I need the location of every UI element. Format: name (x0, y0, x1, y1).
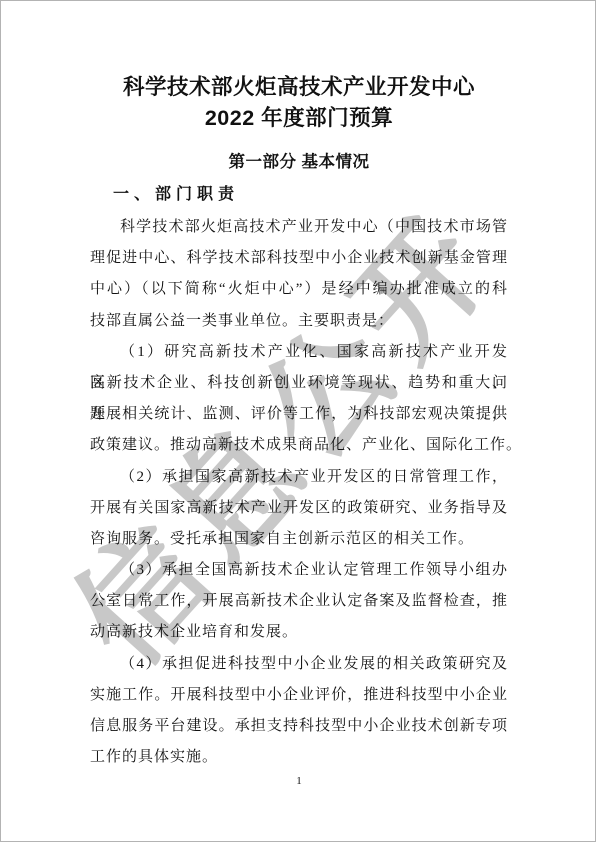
body-line: 工作的具体实施。 (90, 742, 508, 773)
paragraph-duty-1: （1）研究高新技术产业化、国家高新技术产业开发区、 高新技术企业、科技创新创业环… (90, 337, 508, 462)
body-line: 理促进中心、科学技术部科技型中小企业技术创新基金管理 (90, 243, 508, 274)
body-line: 政策建议。推动高新技术成果商品化、产业化、国际化工作。 (90, 430, 508, 461)
body-line: 开展有关国家高新技术产业开发区的政策研究、业务指导及 (90, 493, 508, 524)
paragraph-duty-4: （4）承担促进科技型中小企业发展的相关政策研究及 实施工作。开展科技型中小企业评… (90, 649, 508, 774)
body-line: 动高新技术企业培育和发展。 (90, 617, 508, 648)
paragraph-intro: 科学技术部火炬高技术产业开发中心（中国技术市场管 理促进中心、科学技术部科技型中… (90, 212, 508, 337)
body-line: 实施工作。开展科技型中小企业评价，推进科技型中小企业 (90, 680, 508, 711)
document-title-line2: 2022 年度部门预算 (90, 103, 508, 133)
document-title-line1: 科学技术部火炬高技术产业开发中心 (90, 72, 508, 102)
body-line: （4）承担促进科技型中小企业发展的相关政策研究及 (90, 649, 508, 680)
body-line: 公室日常工作，开展高新技术企业认定备案及监督检查，推 (90, 586, 508, 617)
body-line: 科学技术部火炬高技术产业开发中心（中国技术市场管 (90, 212, 508, 243)
body-line: 高新技术企业、科技创新创业环境等现状、趋势和重大问题， (90, 368, 508, 399)
body-line: （2）承担国家高新技术产业开发区的日常管理工作， (90, 462, 508, 493)
body-line: 信息服务平台建设。承担支持科技型中小企业技术创新专项 (90, 711, 508, 742)
paragraph-duty-3: （3）承担全国高新技术企业认定管理工作领导小组办 公室日常工作，开展高新技术企业… (90, 555, 508, 649)
body-line: 开展相关统计、监测、评价等工作，为科技部宏观决策提供 (90, 399, 508, 430)
body-line: 咨询服务。受托承担国家自主创新示范区的相关工作。 (90, 524, 508, 555)
page-number: 1 (1, 774, 596, 789)
paragraph-duty-2: （2）承担国家高新技术产业开发区的日常管理工作， 开展有关国家高新技术产业开发区… (90, 462, 508, 556)
body-line: 技部直属公益一类事业单位。主要职责是： (90, 306, 508, 337)
body-line: （1）研究高新技术产业化、国家高新技术产业开发区、 (90, 337, 508, 368)
body-text: 科学技术部火炬高技术产业开发中心（中国技术市场管 理促进中心、科学技术部科技型中… (90, 212, 508, 773)
body-line: （3）承担全国高新技术企业认定管理工作领导小组办 (90, 555, 508, 586)
part-heading: 第一部分 基本情况 (90, 151, 508, 173)
body-line: 中心）（以下简称“火炬中心”）是经中编办批准成立的科 (90, 274, 508, 305)
document-page: 信息公开 科学技术部火炬高技术产业开发中心 2022 年度部门预算 第一部分 基… (0, 0, 596, 842)
section-heading: 一、部门职责 (113, 184, 239, 205)
